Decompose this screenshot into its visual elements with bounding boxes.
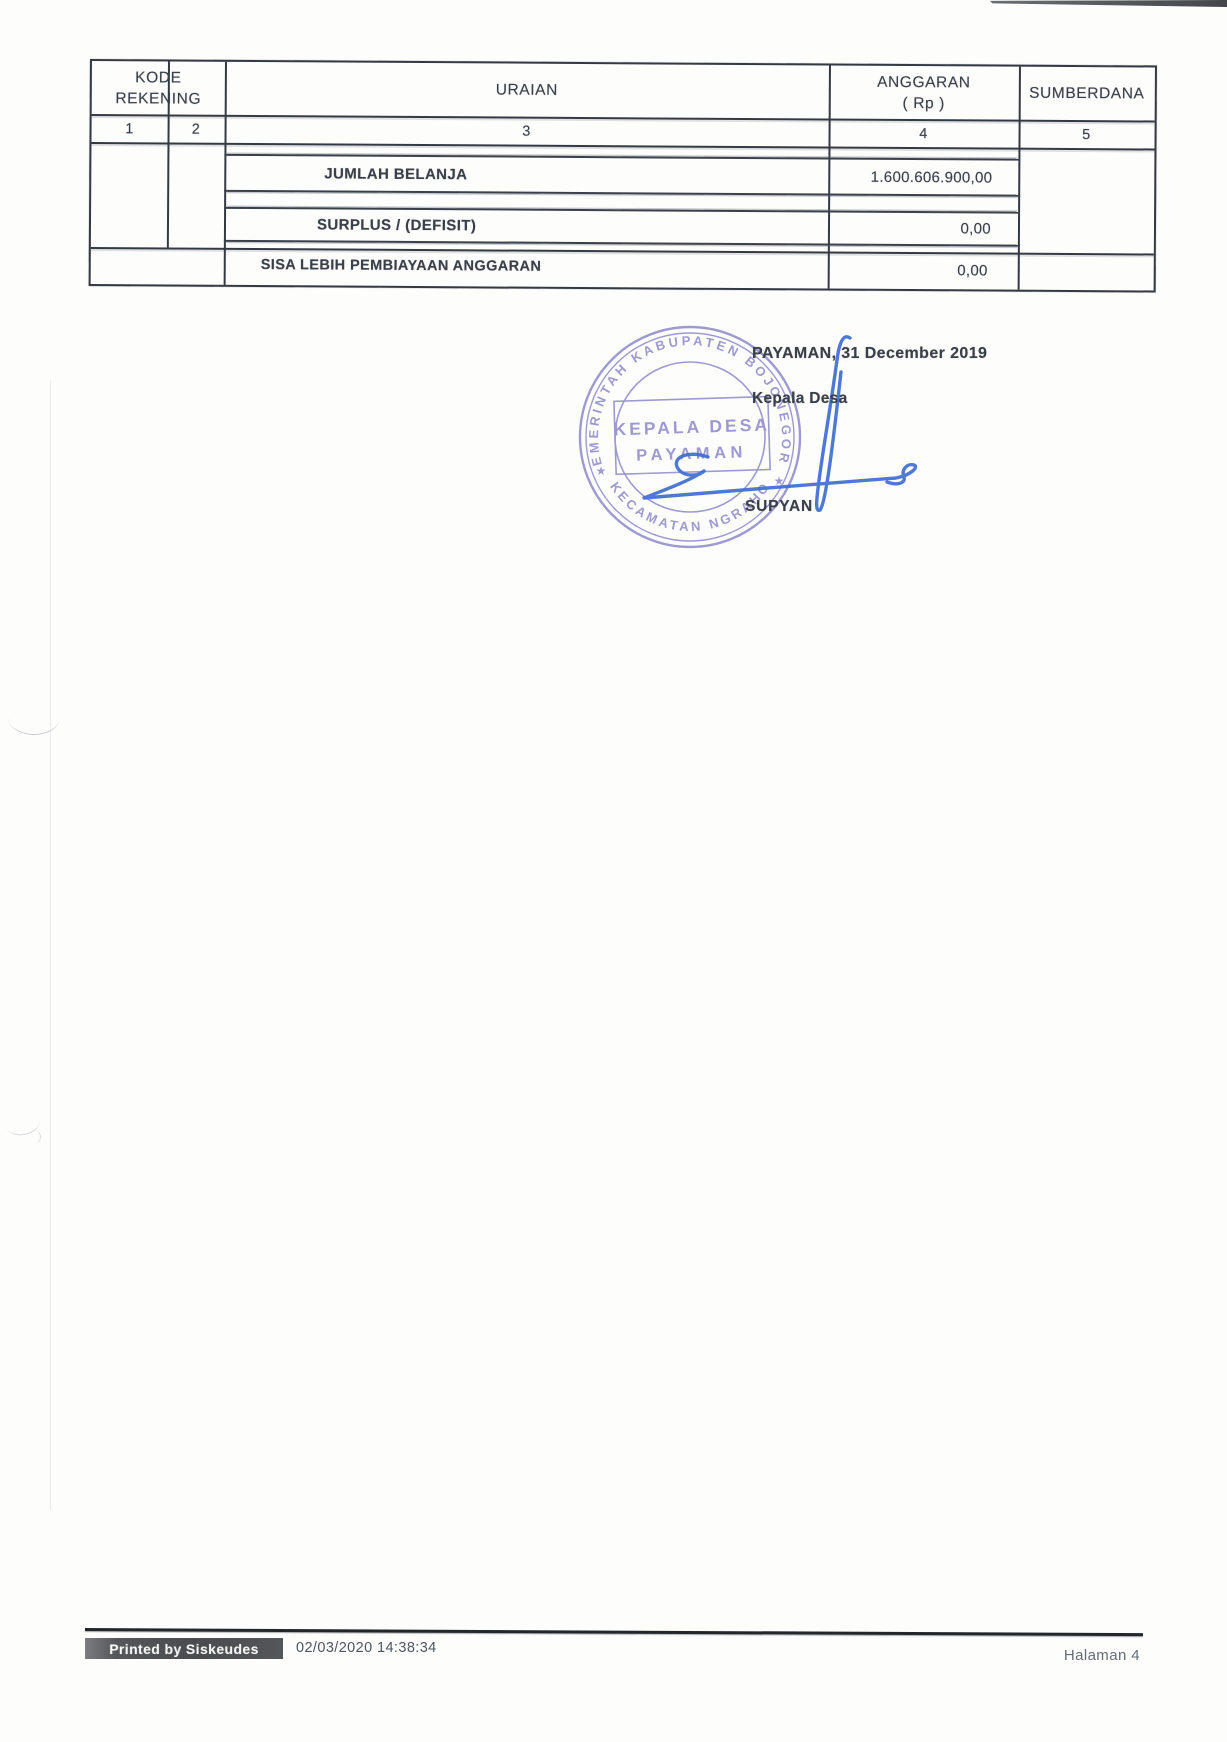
signer-name: SUPYAN <box>745 498 813 516</box>
row-jumlah-belanja: JUMLAH BELANJA 1.600.606.900,00 <box>224 154 1020 197</box>
printed-by-badge: Printed by Siskeudes <box>85 1638 283 1659</box>
col-number-2: 2 <box>167 116 224 142</box>
scan-streak-artifact <box>50 380 51 1510</box>
signature-stroke <box>644 465 915 498</box>
print-datetime: 02/03/2020 14:38:34 <box>296 1640 437 1656</box>
header-uraian: URAIAN <box>225 62 829 119</box>
row-amount: 0,00 <box>828 220 991 238</box>
col-number-5: 5 <box>1018 122 1154 149</box>
header-anggaran-line1: ANGGARAN <box>877 71 971 93</box>
header-anggaran: ANGGARAN ( Rp ) <box>829 66 1019 120</box>
row-surplus-defisit: SURPLUS / (DEFISIT) 0,00 <box>224 207 1020 247</box>
scanned-document-page: KODE REKENING URAIAN ANGGARAN ( Rp ) SUM… <box>0 0 1227 1742</box>
signer-title: Kepala Desa <box>752 390 848 408</box>
scan-edge-artifact <box>990 0 1227 9</box>
scan-curl-artifact <box>8 700 60 735</box>
page-number: Halaman 4 <box>1037 1647 1140 1664</box>
row-label: SURPLUS / (DEFISIT) <box>317 216 476 234</box>
place-date: PAYAMAN, 31 December 2019 <box>752 345 987 363</box>
footer-rule <box>85 1628 1143 1636</box>
row-label: SISA LEBIH PEMBIAYAAN ANGGARAN <box>261 257 542 275</box>
header-anggaran-line2: ( Rp ) <box>902 92 944 113</box>
header-sumberdana: SUMBERDANA <box>1019 67 1155 121</box>
col-number-1: 1 <box>91 116 167 142</box>
budget-table-wrapper: KODE REKENING URAIAN ANGGARAN ( Rp ) SUM… <box>89 59 1157 293</box>
scan-curl-artifact <box>24 1130 41 1144</box>
col-number-3: 3 <box>224 117 828 147</box>
row-amount: 1.600.606.900,00 <box>828 169 992 187</box>
col-number-4: 4 <box>828 121 1018 148</box>
budget-table: KODE REKENING URAIAN ANGGARAN ( Rp ) SUM… <box>89 59 1157 293</box>
table-line <box>91 247 1154 255</box>
header-kode-line2: REKENING <box>115 88 201 110</box>
header-kode-line1: KODE <box>135 67 181 88</box>
row-label: JUMLAH BELANJA <box>324 165 467 183</box>
row-amount: 0,00 <box>828 262 988 280</box>
header-kode-rekening: KODE REKENING <box>92 61 225 115</box>
